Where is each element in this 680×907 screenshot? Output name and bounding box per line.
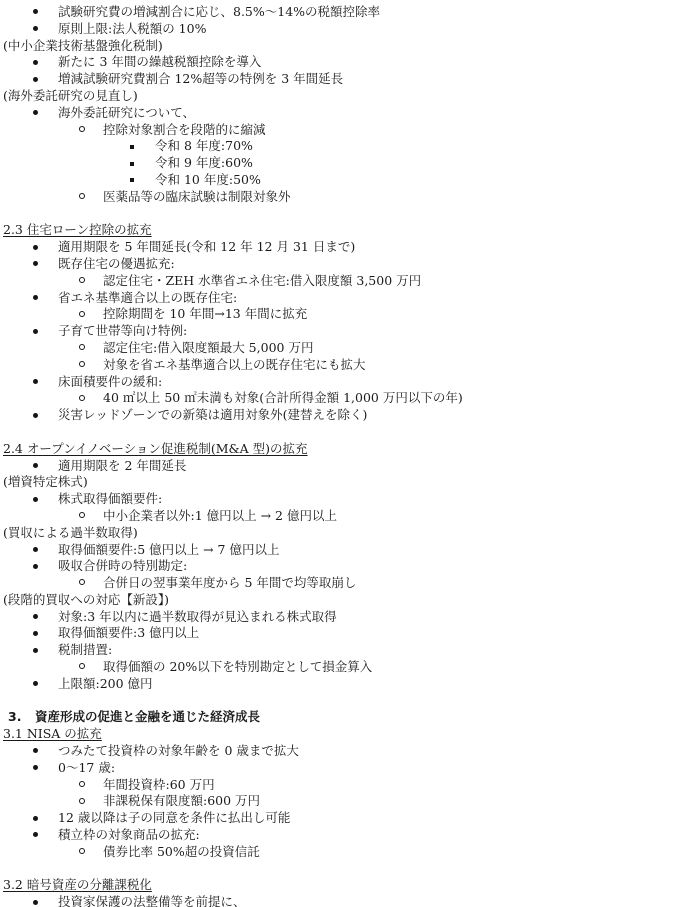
bullet-item: 0〜17 歳: xyxy=(0,760,680,777)
disc-bullet-icon xyxy=(33,110,38,115)
section-heading: 2.3 住宅ローン控除の拡充 xyxy=(0,222,680,239)
bullet-item: 災害レッドゾーンでの新築は適用対象外(建替えを除く) xyxy=(0,407,680,424)
bullet-item: 床面積要件の緩和: xyxy=(0,374,680,391)
bullet-item: 試験研究費の増減割合に応じ、8.5%〜14%の税額控除率 xyxy=(0,4,680,21)
circle-bullet-icon xyxy=(79,848,85,854)
item-text: 床面積要件の緩和: xyxy=(58,374,162,389)
bullet-item: 子育て世帯等向け特例: xyxy=(0,323,680,340)
item-text: 令和 8 年度:70% xyxy=(155,138,253,153)
item-text: 増減試験研究費割合 12%超等の特例を 3 年間延長 xyxy=(58,71,343,86)
disc-bullet-icon xyxy=(33,77,38,82)
item-text: 海外委託研究について、 xyxy=(58,105,195,120)
circle-bullet-icon xyxy=(79,512,85,518)
item-text: 新たに 3 年間の繰越税額控除を導入 xyxy=(58,54,261,69)
item-text: 既存住宅の優遇拡充: xyxy=(58,256,175,271)
disc-bullet-icon xyxy=(33,9,38,14)
item-text: 年間投資枠:60 万円 xyxy=(103,777,215,792)
bullet-item: 対象を省エネ基準適合以上の既存住宅にも拡大 xyxy=(0,357,680,374)
item-text: 控除期間を 10 年間→13 年間に拡充 xyxy=(103,306,307,321)
chapter-heading: 3.資産形成の促進と金融を通じた経済成長 xyxy=(0,709,680,726)
section-heading-text: 3.1 NISA の拡充 xyxy=(3,726,102,741)
bullet-item: つみたて投資枠の対象年齢を 0 歳まで拡大 xyxy=(0,743,680,760)
item-text: 原則上限:法人税額の 10% xyxy=(58,21,206,36)
section-heading-text: 2.3 住宅ローン控除の拡充 xyxy=(3,222,152,237)
disc-bullet-icon xyxy=(33,295,38,300)
bullet-item: 投資家保護の法整備等を前提に、 xyxy=(0,894,680,907)
circle-bullet-icon xyxy=(79,361,85,367)
disc-bullet-icon xyxy=(33,614,38,619)
group-label: (海外委託研究の見直し) xyxy=(0,88,680,105)
item-text: 認定住宅:借入限度額最大 5,000 万円 xyxy=(103,340,313,355)
disc-bullet-icon xyxy=(33,463,38,468)
bullet-item: 取得価額の 20%以下を特別勘定として損金算入 xyxy=(0,659,680,676)
bullet-item: 12 歳以降は子の同意を条件に払出し可能 xyxy=(0,810,680,827)
bullet-item: 適用期限を 5 年間延長(令和 12 年 12 月 31 日まで) xyxy=(0,239,680,256)
item-text: (段階的買収への対応【新設】) xyxy=(3,592,169,607)
disc-bullet-icon xyxy=(33,900,38,905)
bullet-item: 既存住宅の優遇拡充: xyxy=(0,256,680,273)
chapter-number: 3. xyxy=(8,709,35,726)
bullet-item: 海外委託研究について、 xyxy=(0,105,680,122)
item-text: 取得価額の 20%以下を特別勘定として損金算入 xyxy=(103,659,372,674)
group-label: (増資特定株式) xyxy=(0,474,680,491)
bullet-item: 株式取得価額要件: xyxy=(0,491,680,508)
item-text: つみたて投資枠の対象年齢を 0 歳まで拡大 xyxy=(58,743,299,758)
disc-bullet-icon xyxy=(33,245,38,250)
bullet-item: 積立枠の対象商品の拡充: xyxy=(0,827,680,844)
bullet-item: 対象:3 年以内に過半数取得が見込まれる株式取得 xyxy=(0,609,680,626)
blank-line xyxy=(0,206,680,223)
bullet-item: 合併日の翌事業年度から 5 年間で均等取崩し xyxy=(0,575,680,592)
group-label: (段階的買収への対応【新設】) xyxy=(0,592,680,609)
bullet-item: 令和 8 年度:70% xyxy=(0,138,680,155)
item-text: 対象:3 年以内に過半数取得が見込まれる株式取得 xyxy=(58,609,337,624)
disc-bullet-icon xyxy=(33,564,38,569)
item-text: 上限額:200 億円 xyxy=(58,676,153,691)
bullet-item: 令和 10 年度:50% xyxy=(0,172,680,189)
circle-bullet-icon xyxy=(79,579,85,585)
item-text: 税制措置: xyxy=(58,642,112,657)
bullet-item: 取得価額要件:3 億円以上 xyxy=(0,625,680,642)
item-text: 12 歳以降は子の同意を条件に払出し可能 xyxy=(58,810,290,825)
item-text: 債券比率 50%超の投資信託 xyxy=(103,844,260,859)
item-text: 積立枠の対象商品の拡充: xyxy=(58,827,200,842)
bullet-item: 適用期限を 2 年間延長 xyxy=(0,458,680,475)
item-text: 対象を省エネ基準適合以上の既存住宅にも拡大 xyxy=(103,357,366,372)
bullet-item: 債券比率 50%超の投資信託 xyxy=(0,844,680,861)
square-bullet-icon xyxy=(130,178,134,182)
circle-bullet-icon xyxy=(79,193,85,199)
circle-bullet-icon xyxy=(79,344,85,350)
blank-line xyxy=(0,693,680,710)
disc-bullet-icon xyxy=(33,60,38,65)
item-text: 0〜17 歳: xyxy=(58,760,115,775)
bullet-item: 控除対象割合を段階的に縮減 xyxy=(0,122,680,139)
disc-bullet-icon xyxy=(33,748,38,753)
disc-bullet-icon xyxy=(33,547,38,552)
bullet-item: 税制措置: xyxy=(0,642,680,659)
disc-bullet-icon xyxy=(33,765,38,770)
item-text: 控除対象割合を段階的に縮減 xyxy=(103,122,266,137)
bullet-item: 中小企業者以外:1 億円以上 → 2 億円以上 xyxy=(0,508,680,525)
item-text: 子育て世帯等向け特例: xyxy=(58,323,187,338)
disc-bullet-icon xyxy=(33,681,38,686)
item-text: 医薬品等の臨床試験は制限対象外 xyxy=(103,189,291,204)
disc-bullet-icon xyxy=(33,648,38,653)
bullet-item: 非課税保有限度額:600 万円 xyxy=(0,793,680,810)
bullet-item: 医薬品等の臨床試験は制限対象外 xyxy=(0,189,680,206)
item-text: 非課税保有限度額:600 万円 xyxy=(103,793,260,808)
item-text: 試験研究費の増減割合に応じ、8.5%〜14%の税額控除率 xyxy=(58,4,380,19)
bullet-item: 控除期間を 10 年間→13 年間に拡充 xyxy=(0,306,680,323)
disc-bullet-icon xyxy=(33,261,38,266)
item-text: 40 ㎡以上 50 ㎡未満も対象(合計所得金額 1,000 万円以下の年) xyxy=(103,390,463,405)
section-heading: 2.4 オープンイノベーション促進税制(M&A 型)の拡充 xyxy=(0,441,680,458)
bullet-item: 新たに 3 年間の繰越税額控除を導入 xyxy=(0,54,680,71)
group-label: (中小企業技術基盤強化税制) xyxy=(0,38,680,55)
document-page: 試験研究費の増減割合に応じ、8.5%〜14%の税額控除率原則上限:法人税額の 1… xyxy=(0,0,680,907)
section-heading-text: 3.2 暗号資産の分離課税化 xyxy=(3,877,152,892)
circle-bullet-icon xyxy=(79,311,85,317)
item-text: 中小企業者以外:1 億円以上 → 2 億円以上 xyxy=(103,508,337,523)
item-text: 合併日の翌事業年度から 5 年間で均等取崩し xyxy=(103,575,356,590)
item-text: (中小企業技術基盤強化税制) xyxy=(3,38,163,53)
item-text: 適用期限を 5 年間延長(令和 12 年 12 月 31 日まで) xyxy=(58,239,355,254)
disc-bullet-icon xyxy=(33,631,38,636)
item-text: 省エネ基準適合以上の既存住宅: xyxy=(58,290,237,305)
item-text: (増資特定株式) xyxy=(3,474,88,489)
square-bullet-icon xyxy=(130,145,134,149)
disc-bullet-icon xyxy=(33,816,38,821)
bullet-item: 認定住宅・ZEH 水準省エネ住宅:借入限度額 3,500 万円 xyxy=(0,273,680,290)
item-text: (海外委託研究の見直し) xyxy=(3,88,138,103)
bullet-item: 令和 9 年度:60% xyxy=(0,155,680,172)
disc-bullet-icon xyxy=(33,26,38,31)
item-text: 令和 9 年度:60% xyxy=(155,155,253,170)
circle-bullet-icon xyxy=(79,781,85,787)
square-bullet-icon xyxy=(130,162,134,166)
item-text: 令和 10 年度:50% xyxy=(155,172,261,187)
disc-bullet-icon xyxy=(33,379,38,384)
bullet-item: 年間投資枠:60 万円 xyxy=(0,777,680,794)
disc-bullet-icon xyxy=(33,832,38,837)
blank-line xyxy=(0,424,680,441)
item-text: 株式取得価額要件: xyxy=(58,491,162,506)
circle-bullet-icon xyxy=(79,798,85,804)
disc-bullet-icon xyxy=(33,497,38,502)
item-text: 取得価額要件:3 億円以上 xyxy=(58,625,199,640)
disc-bullet-icon xyxy=(33,413,38,418)
circle-bullet-icon xyxy=(79,126,85,132)
item-text: 投資家保護の法整備等を前提に、 xyxy=(58,894,246,907)
circle-bullet-icon xyxy=(79,395,85,401)
group-label: (買収による過半数取得) xyxy=(0,525,680,542)
bullet-item: 省エネ基準適合以上の既存住宅: xyxy=(0,290,680,307)
bullet-item: 上限額:200 億円 xyxy=(0,676,680,693)
bullet-item: 増減試験研究費割合 12%超等の特例を 3 年間延長 xyxy=(0,71,680,88)
section-heading: 3.2 暗号資産の分離課税化 xyxy=(0,877,680,894)
bullet-item: 取得価額要件:5 億円以上 → 7 億円以上 xyxy=(0,542,680,559)
circle-bullet-icon xyxy=(79,277,85,283)
item-text: 適用期限を 2 年間延長 xyxy=(58,458,186,473)
chapter-title: 資産形成の促進と金融を通じた経済成長 xyxy=(35,709,260,724)
bullet-item: 原則上限:法人税額の 10% xyxy=(0,21,680,38)
section-heading: 3.1 NISA の拡充 xyxy=(0,726,680,743)
section-heading-text: 2.4 オープンイノベーション促進税制(M&A 型)の拡充 xyxy=(3,441,308,456)
item-text: 取得価額要件:5 億円以上 → 7 億円以上 xyxy=(58,542,280,557)
circle-bullet-icon xyxy=(79,663,85,669)
bullet-item: 吸収合併時の特別勘定: xyxy=(0,558,680,575)
item-text: 災害レッドゾーンでの新築は適用対象外(建替えを除く) xyxy=(58,407,367,422)
item-text: 認定住宅・ZEH 水準省エネ住宅:借入限度額 3,500 万円 xyxy=(103,273,421,288)
item-text: 吸収合併時の特別勘定: xyxy=(58,558,187,573)
item-text: (買収による過半数取得) xyxy=(3,525,138,540)
bullet-item: 認定住宅:借入限度額最大 5,000 万円 xyxy=(0,340,680,357)
bullet-item: 40 ㎡以上 50 ㎡未満も対象(合計所得金額 1,000 万円以下の年) xyxy=(0,390,680,407)
disc-bullet-icon xyxy=(33,329,38,334)
blank-line xyxy=(0,861,680,878)
